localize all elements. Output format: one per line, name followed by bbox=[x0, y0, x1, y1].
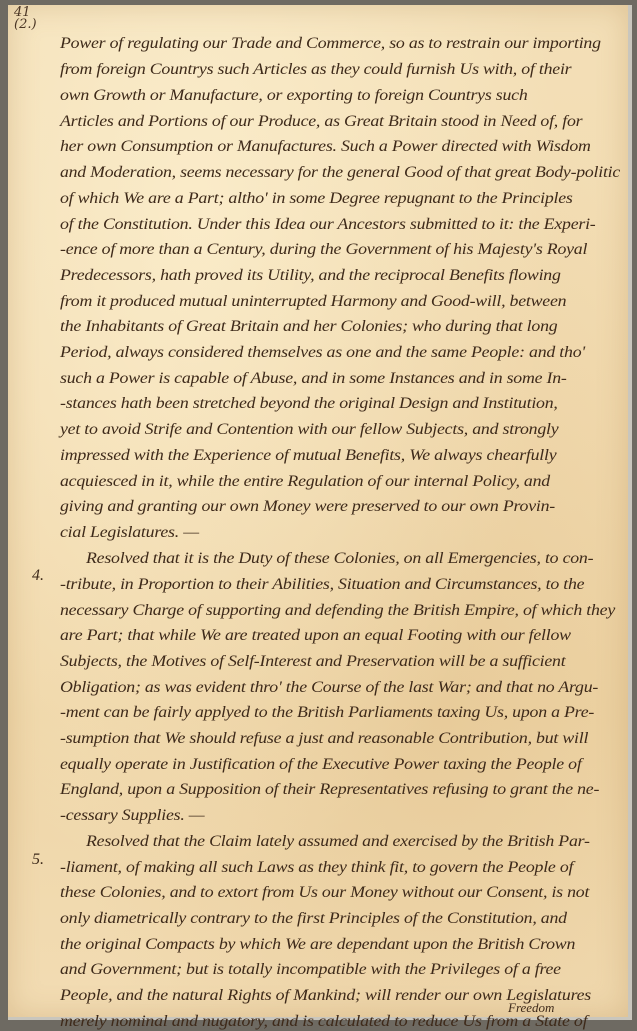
text-line: equally operate in Justification of the … bbox=[60, 756, 582, 774]
text-line: giving and granting our own Money were p… bbox=[60, 498, 555, 516]
text-line: the Inhabitants of Great Britain and her… bbox=[60, 318, 557, 336]
text-line: Predecessors, hath proved its Utility, a… bbox=[60, 267, 561, 285]
catchword: Freedom bbox=[508, 1000, 554, 1016]
text-line: Resolved that the Claim lately assumed a… bbox=[86, 833, 590, 851]
text-line: own Growth or Manufacture, or exporting … bbox=[60, 87, 528, 105]
text-line: Articles and Portions of our Produce, as… bbox=[60, 113, 582, 131]
text-line: acquiesced in it, while the entire Regul… bbox=[60, 473, 550, 491]
text-line: these Colonies, and to extort from Us ou… bbox=[60, 884, 589, 902]
text-line: Power of regulating our Trade and Commer… bbox=[60, 35, 601, 53]
text-line: from foreign Countrys such Articles as t… bbox=[60, 61, 571, 79]
text-line: the original Compacts by which We are de… bbox=[60, 936, 575, 954]
text-line: yet to avoid Strife and Contention with … bbox=[60, 421, 558, 439]
text-line: -ment can be fairly applyed to the Briti… bbox=[60, 704, 594, 722]
resolution-number-5: 5. bbox=[32, 851, 44, 869]
text-line: -tribute, in Proportion to their Abiliti… bbox=[60, 576, 584, 594]
text-line: Subjects, the Motives of Self-Interest a… bbox=[60, 653, 565, 671]
text-line: -cessary Supplies. — bbox=[60, 807, 204, 825]
text-line: England, upon a Supposition of their Rep… bbox=[60, 781, 599, 799]
text-line: of the Constitution. Under this Idea our… bbox=[60, 216, 596, 234]
text-line: Period, always considered themselves as … bbox=[60, 344, 585, 362]
text-line: from it produced mutual uninterrupted Ha… bbox=[60, 293, 566, 311]
sheet-number: (2.) bbox=[14, 19, 37, 31]
text-line: are Part; that while We are treated upon… bbox=[60, 627, 571, 645]
text-line: such a Power is capable of Abuse, and in… bbox=[60, 370, 567, 388]
text-line: impressed with the Experience of mutual … bbox=[60, 447, 556, 465]
text-line: -liament, of making all such Laws as the… bbox=[60, 859, 573, 877]
text-line: only diametrically contrary to the first… bbox=[60, 910, 567, 928]
text-line: her own Consumption or Manufactures. Suc… bbox=[60, 138, 591, 156]
text-line: of which We are a Part; altho' in some D… bbox=[60, 190, 573, 208]
text-line: and Government; but is totally incompati… bbox=[60, 961, 561, 979]
resolution-number-4: 4. bbox=[32, 567, 44, 585]
text-line: and Moderation, seems necessary for the … bbox=[60, 164, 620, 182]
text-line: -sumption that We should refuse a just a… bbox=[60, 730, 588, 748]
text-line: -ence of more than a Century, during the… bbox=[60, 241, 587, 259]
text-line: necessary Charge of supporting and defen… bbox=[60, 602, 615, 620]
folio-number: 41 (2.) bbox=[14, 7, 37, 31]
text-line: cial Legislatures. — bbox=[60, 524, 199, 542]
manuscript-page: 41 (2.) Power of regulating our Trade an… bbox=[8, 5, 632, 1020]
text-line: Obligation; as was evident thro' the Cou… bbox=[60, 679, 598, 697]
text-line: Resolved that it is the Duty of these Co… bbox=[86, 550, 593, 568]
text-line: -stances hath been stretched beyond the … bbox=[60, 395, 558, 413]
